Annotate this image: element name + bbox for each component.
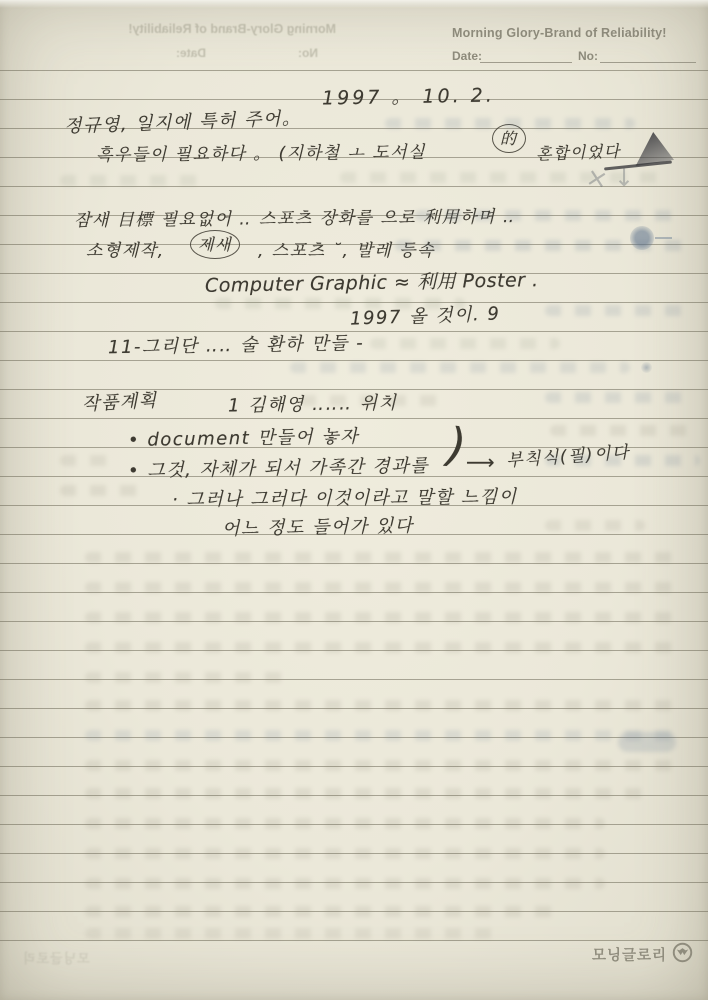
bleedthrough-row [290,362,630,373]
bleedthrough-row [60,455,120,466]
bleedthrough-row [545,455,700,466]
handwriting-date: 1997 。 10. 2. [322,80,495,110]
bleedthrough-row [370,338,560,349]
blue-dash-mark [655,237,672,239]
bleedthrough-row [85,878,605,889]
no-label: No: [578,49,598,63]
bleedthrough-row [300,395,440,406]
footer-bleedthrough: 모닝글로리 [22,948,90,967]
bleedthrough-row [85,788,645,799]
notebook-page: Morning Glory-Brand of Reliability! No: … [0,0,708,1000]
bleedthrough-row [85,818,605,829]
handwriting-line-5: Computer Graphic ≈ 利用 Poster . [205,265,539,298]
handwriting-arrow: ⟶ [466,450,496,474]
bleedthrough-row [85,612,685,623]
header-bleedthrough-date: Date: [176,46,206,60]
header-bleedthrough-brand: Morning Glory-Brand of Reliability! [36,22,336,36]
bleedthrough-row [545,520,645,531]
handwriting-line-1: 정규영, 일지에 특허 주어。 [64,104,302,138]
bleedthrough-row [85,700,685,711]
handwriting-line-8: 작품계획 [81,386,158,416]
oval-annotation-2: 제새 [190,230,240,259]
bleedthrough-row [545,305,685,316]
no-underline [600,62,696,63]
bleedthrough-row [85,642,685,653]
handwriting-line-12: 어느 정도 들어가 있다 [222,511,414,540]
footer-brand-text: 모닝글로리 [592,944,667,965]
header-bleedthrough-no: No: [298,46,318,60]
header-bleedthrough: Morning Glory-Brand of Reliability! No: … [36,22,336,60]
handwriting-line-2-end: 혼합이었다 [536,139,622,165]
handwriting-line-7: 11-그리단 ‥‥ 술 환하 만들 - [108,329,365,359]
bleedthrough-row [395,240,685,251]
bleedthrough-row [85,760,685,771]
scan-top-edge [0,0,708,8]
bleedthrough-row [85,582,685,593]
bleedthrough-row [85,672,285,683]
bleedthrough-row [60,175,210,186]
bleedthrough-row [215,298,465,309]
brand-slogan: Morning Glory-Brand of Reliability! [452,26,667,40]
handwriting-line-4: 소형제작, [86,236,165,261]
handwriting-line-9: • document 만들어 놓자 [128,422,359,452]
date-label: Date: [452,49,482,63]
morning-glory-logo-icon [672,942,693,963]
bleedthrough-row [60,485,140,496]
bleedthrough-row [545,392,695,403]
bleedthrough-row [85,730,685,741]
bleedthrough-row [85,848,605,859]
handwriting-line-2: 흑우들이 필요하다 。 (지하철 ㅗ 도서실 [96,138,426,166]
bleedthrough-row [85,906,565,917]
bleedthrough-row [85,928,505,939]
handwriting-line-11: · 그러나 그러다 이것이라고 말할 느낌이 [172,482,518,511]
bleedthrough-row [85,552,685,563]
bleedthrough-row [385,118,635,129]
handwriting-line-10: • 그것, 자체가 되서 가족간 경과를 [128,451,429,482]
date-underline [480,62,572,63]
bleedthrough-row [415,210,685,221]
bleedthrough-row [340,172,670,183]
bleedthrough-row [550,425,700,436]
blue-dot-mark-2 [641,362,652,373]
handwriting-circled-word: 제새 [190,230,240,259]
